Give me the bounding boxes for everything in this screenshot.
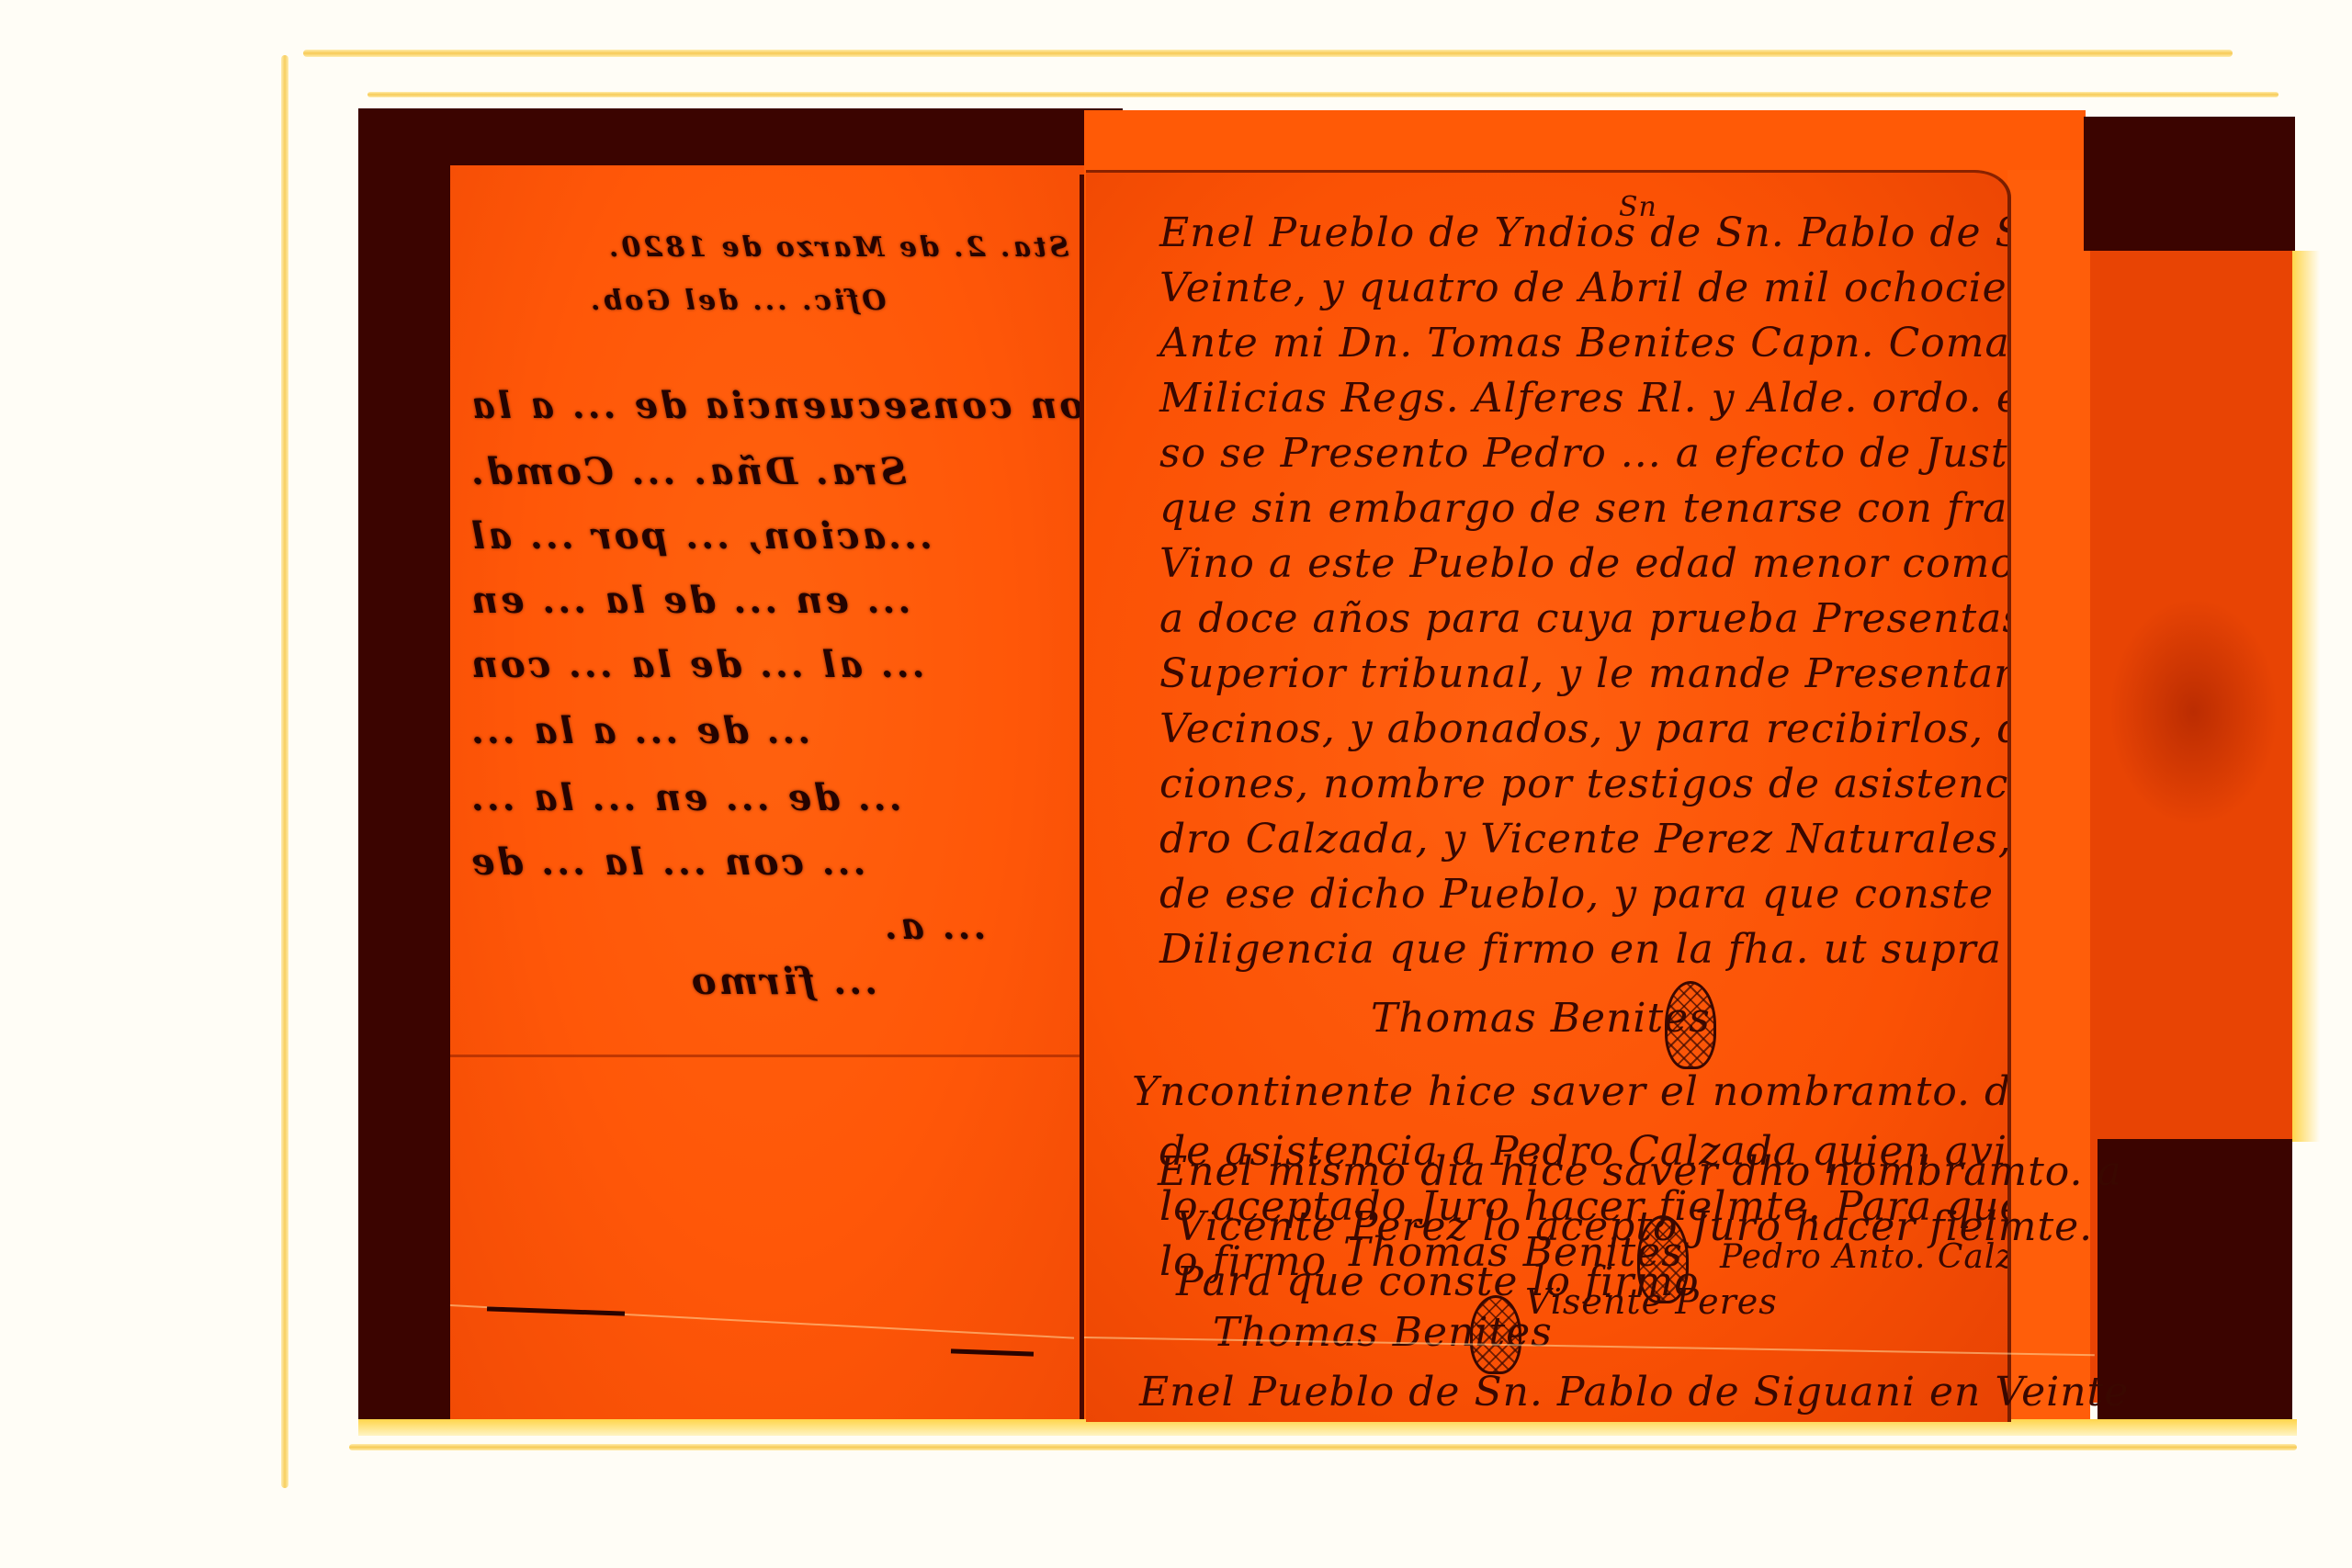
rubric-flourish-1 <box>1665 981 1716 1069</box>
outer-frame-top <box>303 50 2233 57</box>
dark-block-top-right <box>2084 117 2295 251</box>
mirror-line-12: ... firmo <box>689 960 877 1003</box>
manuscript-line-11: ciones, nombre por testigos de asistenci… <box>1159 761 2011 807</box>
manuscript-line-13: de ese dicho Pueblo, y para que conste p… <box>1159 871 2011 918</box>
mirror-line-9: ... de ... en ... la ... <box>469 776 902 819</box>
mirror-line-5: ...acion, ... por ... al <box>469 514 933 558</box>
manuscript-line-12: dro Calzada, y Vicente Perez Naturales, … <box>1159 816 2011 863</box>
mirror-line-1: Sta. 2. de Marzo de 1820. <box>606 231 1069 264</box>
left-page: Sta. 2. de Marzo de 1820. Ofic. ... del … <box>450 165 1084 1419</box>
mirror-line-11: ... a. <box>882 905 987 948</box>
mirror-line-10: ... con ... la ... de <box>469 840 866 884</box>
paragraph3-line-2: Vicente Perez lo acepto Juro hacer fielm… <box>1176 1203 2093 1250</box>
paragraph2-line-1: Yncontinente hice saver el nombramto. de… <box>1132 1068 2011 1115</box>
mirror-line-7: ... al ... de la ... con <box>469 643 925 686</box>
mirror-line-6: ... en ... de la ... en <box>469 579 910 622</box>
mirror-line-8: ... de ... a la ... <box>469 709 810 752</box>
mirror-line-2: Ofic. ... del Gob. <box>588 285 886 317</box>
left-page-paper-edge <box>450 1055 1084 1057</box>
dark-border-left <box>358 108 459 1419</box>
manuscript-line-2: Veinte, y quatro de Abril de mil ochocie… <box>1159 265 2011 311</box>
inner-frame-top <box>367 92 2278 97</box>
final-line: Enel Pueblo de Sn. Pablo de Siguani en V… <box>1139 1369 2129 1416</box>
manuscript-line-10: Vecinos, y abonados, y para recibirlos, … <box>1159 705 2011 752</box>
manuscript-line-3: Ante mi Dn. Tomas Benites Capn. Comandte… <box>1159 320 2011 367</box>
manuscript-line-9: Superior tribunal, y le mande Presentar … <box>1159 650 2011 697</box>
manuscript-line-4: Milicias Regs. Alferes Rl. y Alde. ordo.… <box>1159 375 2011 422</box>
manuscript-line-6: que sin embargo de sen tenarse con franc… <box>1159 485 2011 532</box>
mirror-line-3: Con consecuencia de ... a la <box>469 384 1084 427</box>
signature-thomas-benites-1: Thomas Benites <box>1371 995 1711 1042</box>
ink-dash-2 <box>951 1348 1034 1356</box>
page-gutter <box>1080 175 1084 1419</box>
glow-right <box>2292 251 2320 1142</box>
manuscript-line-7: Vino a este Pueblo de edad menor como de… <box>1159 540 2011 587</box>
paragraph3-line-1: Enel mismo dia hice saver dho nombramto.… <box>1158 1148 2122 1195</box>
mirror-line-4: Sra. Dña. ... Comd. <box>469 450 907 493</box>
outer-frame-left <box>281 55 288 1488</box>
rubric-flourish-3 <box>1470 1295 1521 1374</box>
manuscript-line-5: so se Presento Pedro ... a efecto de Jus… <box>1159 430 2011 477</box>
outer-frame-bottom <box>349 1444 2297 1450</box>
manuscript-line-14: Diligencia que firmo en la fha. ut supra <box>1159 926 2002 973</box>
ink-stain <box>2109 597 2278 827</box>
manuscript-line-8: a doce años para cuya prueba Presentase … <box>1159 595 2011 642</box>
signature-visente-peres: Visente Peres <box>1525 1281 1778 1322</box>
manuscript-line-1: Enel Pueblo de Yndios de Sn. Pablo de Si… <box>1159 209 2011 256</box>
ink-dash-1 <box>487 1306 625 1315</box>
